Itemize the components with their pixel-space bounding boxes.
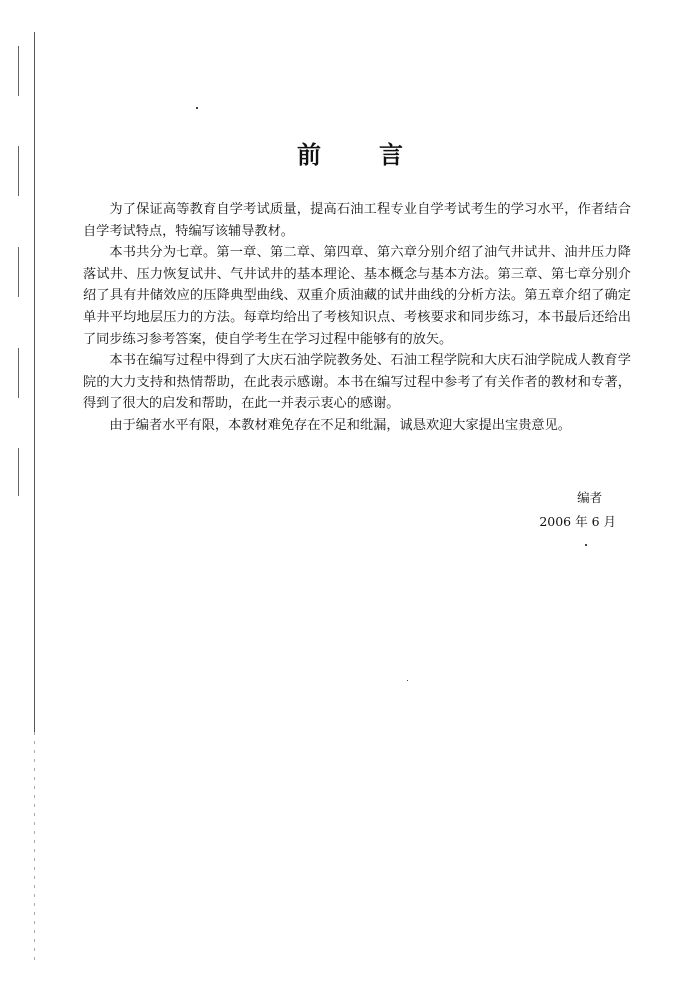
page-title-char: 前 (297, 135, 321, 170)
signature-author: 编者 (539, 486, 616, 510)
page-title-char: 言 (379, 135, 403, 170)
margin-mark (18, 247, 19, 297)
paragraph: 为了保证高等教育自学考试质量，提高石油工程专业自学考试考生的学习水平，作者结合自… (83, 199, 631, 242)
signature-block: 编者 2006 年 6 月 (539, 486, 616, 534)
paragraph: 本书共分为七章。第一章、第二章、第四章、第六章分别介绍了油气井试井、油井压力降落… (83, 242, 631, 350)
scan-speck (585, 544, 587, 546)
page-title: 前言 (0, 135, 700, 170)
margin-mark (18, 448, 19, 496)
binding-edge-line-faint (34, 732, 35, 962)
scan-speck (196, 107, 198, 109)
signature-date: 2006 年 6 月 (539, 510, 616, 534)
scan-speck (407, 680, 408, 681)
preface-body: 为了保证高等教育自学考试质量，提高石油工程专业自学考试考生的学习水平，作者结合自… (83, 199, 631, 437)
margin-mark (18, 46, 19, 96)
paragraph: 由于编者水平有限，本教材难免存在不足和纰漏，诚恳欢迎大家提出宝贵意见。 (83, 415, 631, 437)
paragraph: 本书在编写过程中得到了大庆石油学院教务处、石油工程学院和大庆石油学院成人教育学院… (83, 350, 631, 415)
margin-mark (18, 348, 19, 398)
